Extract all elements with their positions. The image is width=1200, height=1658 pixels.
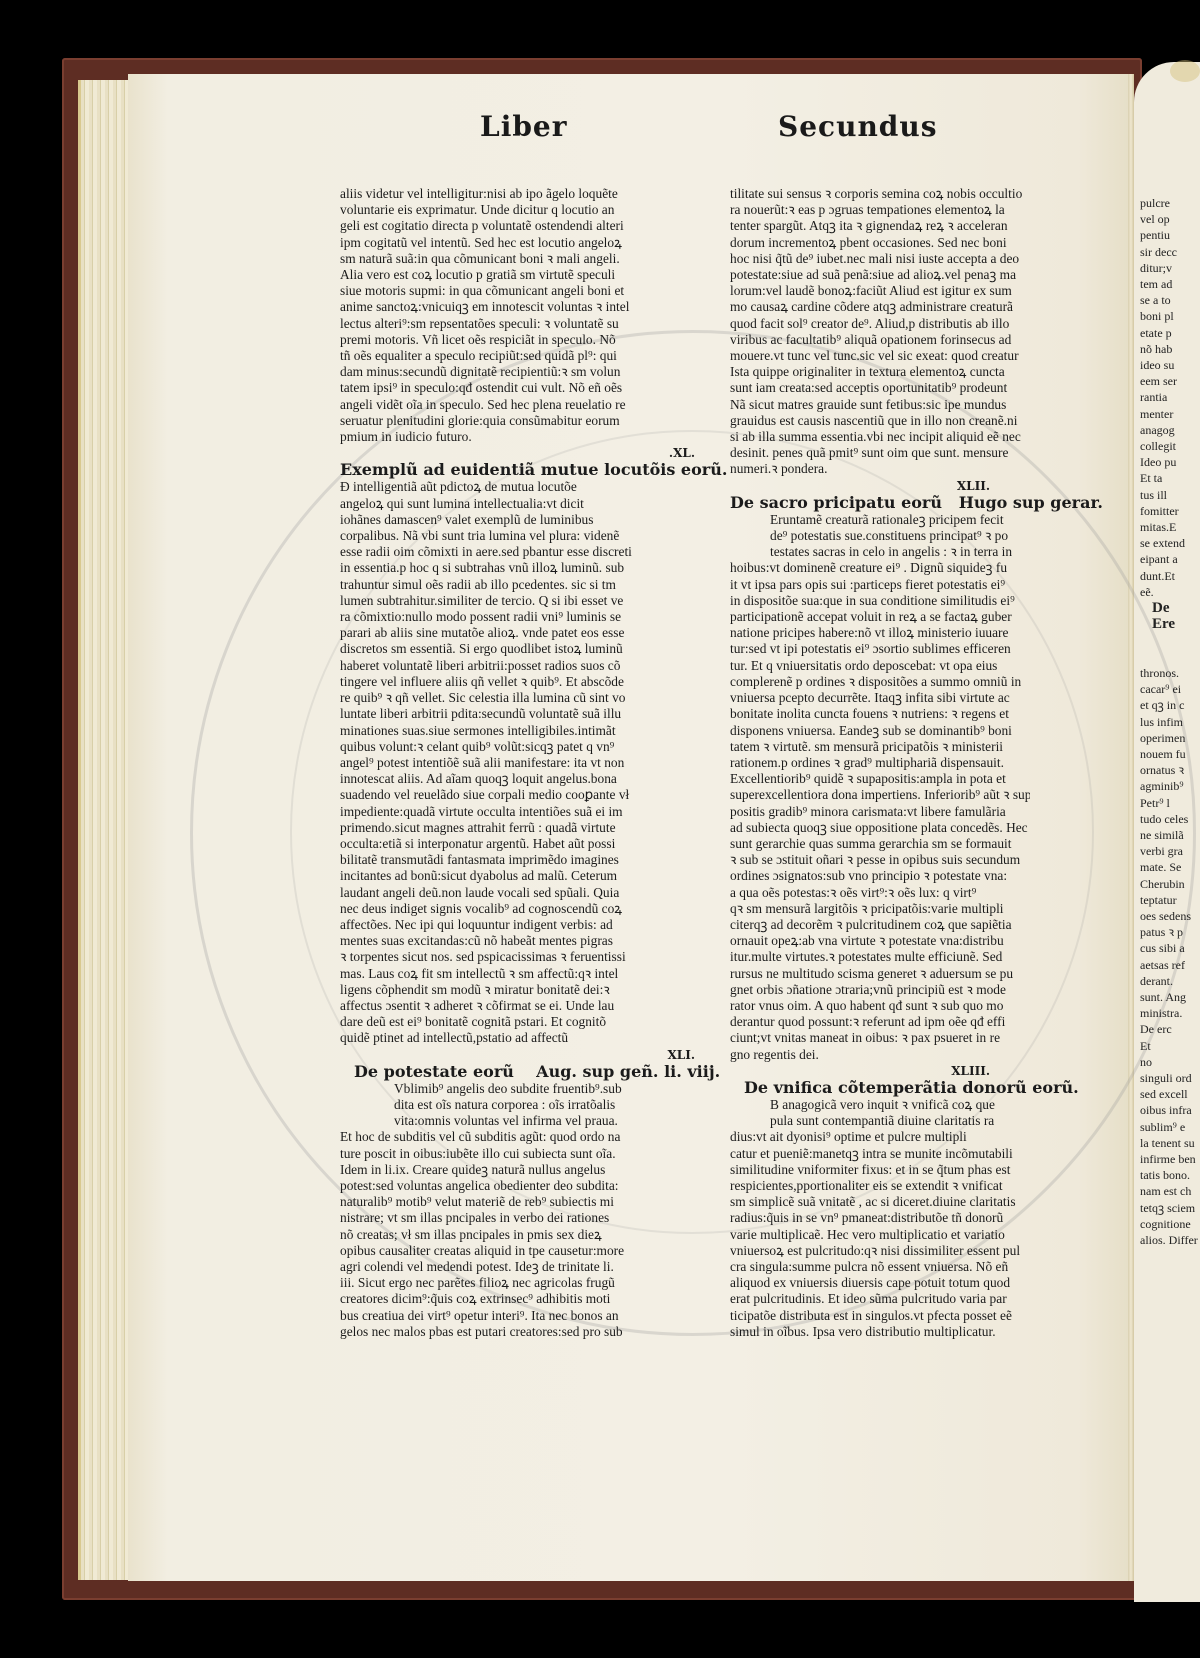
facing-page-line: De (1140, 600, 1200, 616)
text-line: minationes suas.siue sermones intelligib… (340, 723, 695, 739)
facing-page-line: mate. Se (1140, 859, 1200, 875)
chapter-number: XLI. (667, 1047, 695, 1063)
text-line: superexcellentiora dona impertiens. Infe… (730, 787, 1030, 803)
facing-page-line: aetsas ref (1140, 957, 1200, 973)
facing-page-line: thronos. (1140, 665, 1200, 681)
paragraph: aliis videtur vel intelligitur:nisi ab i… (340, 186, 695, 445)
text-line: incitantes ad bonũ:sicut dyabolus ad mal… (340, 868, 695, 884)
facing-page-text: pulcrevel oppentiusir deccditur;vtem ads… (1140, 195, 1200, 1248)
chapter-heading: De potestate eorũ Aug. sup geñ. li. viij… (340, 1063, 695, 1081)
text-line: agri colendi vel medendi potest. Ideꝫ de… (340, 1259, 695, 1275)
paragraph-indented: Eruntamẽ creaturã rationaleꝫ pricipem fe… (730, 512, 1030, 561)
facing-page-line: Et ta (1140, 470, 1200, 486)
text-line: sunt iam creata:sed acceptis oportunitat… (730, 380, 1030, 396)
text-line: citerqꝫ ad decorẽm ꝛ pulcritudinem coꝝ q… (730, 917, 1030, 933)
text-line: sm simplicẽ suã vnitatẽ , ac si diceret.… (730, 1194, 1030, 1210)
text-line: respicientes,pportionaliter eis se exten… (730, 1178, 1030, 1194)
facing-page-line: De erc (1140, 1021, 1200, 1037)
chapter-number: XLII. (957, 478, 990, 494)
chapter-source: Aug. sup geñ. li. viij. (536, 1062, 720, 1081)
text-line: corpalibus. Nã vbi sunt tria lumina vel … (340, 528, 695, 544)
facing-page-line: et qꝫ in c (1140, 697, 1200, 713)
text-line: quibus volunt:ꝛ celant quib⁹ volũt:sicqꝫ… (340, 739, 695, 755)
text-line: lectus alteri⁹:sm repsentatões speculi: … (340, 316, 695, 332)
text-line: ra cõmixtio:nullo modo possent radii vni… (340, 609, 695, 625)
text-line: similitudine vniformiter fixus: et in se… (730, 1162, 1030, 1178)
text-line: participationẽ accepat voluit in reꝝ a s… (730, 609, 1030, 625)
text-line: premi motoris. Vñ licet oẽs respiciãt in… (340, 332, 695, 348)
text-line: mentes suas excitandas:cũ nõ habeãt ment… (340, 933, 695, 949)
text-line: dius:vt ait dyonisi⁹ optime et pulcre mu… (730, 1129, 1030, 1145)
paragraph: Ð intelligentiã aũt pdictoꝝ de mutua loc… (340, 479, 695, 1046)
chapter-title: De potestate eorũ (354, 1062, 514, 1081)
text-line: affectões. Nec ipi qui loquuntur indigen… (340, 917, 695, 933)
text-line: tenter spargũt. Atqꝫ ita ꝛ gignendaꝝ reꝝ… (730, 218, 1030, 234)
running-head-right: Secundus (778, 110, 938, 143)
text-line: naturalib⁹ motib⁹ velut materiẽ de reb⁹ … (340, 1194, 695, 1210)
facing-page-line: ministra. (1140, 1005, 1200, 1021)
facing-page-line: oibus infra (1140, 1102, 1200, 1118)
facing-page-line: eipant a (1140, 551, 1200, 567)
text-line: siue motoris supmi: in qua cõmunicant an… (340, 283, 695, 299)
text-line: esse radii oim cõmixti in aere.sed pbant… (340, 544, 695, 560)
text-line: radius:q̃uis in se vn⁹ pmaneat:distribut… (730, 1210, 1030, 1226)
facing-page-line: derant. (1140, 973, 1200, 989)
text-line: vniuersoꝝ est pulcritudo:qꝛ nisi dissimi… (730, 1243, 1030, 1259)
text-line: itur.multe virtutes.ꝛ potestates multe e… (730, 949, 1030, 965)
text-line: Alia vero est coꝝ locutio p gratiã sm vi… (340, 267, 695, 283)
paragraph: hoibus:vt dominenẽ creature ei⁹ . Dignũ … (730, 560, 1030, 1062)
text-line: Eruntamẽ creaturã rationaleꝫ pricipem fe… (770, 512, 1030, 528)
facing-page-line: tus ill (1140, 487, 1200, 503)
text-line: hoibus:vt dominenẽ creature ei⁹ . Dignũ … (730, 560, 1030, 576)
text-line: quidẽ ptinet ad intellectũ,pstatio ad af… (340, 1030, 695, 1046)
facing-page-line: infirme ben (1140, 1151, 1200, 1167)
text-line: primendo.sicut magnes attrahit ferrũ : q… (340, 820, 695, 836)
text-line: numeri.ꝛ pondera. (730, 461, 1030, 477)
facing-page-line: lus infim (1140, 714, 1200, 730)
text-line: angeloꝝ qui sunt lumina intellectualia:v… (340, 496, 695, 512)
text-line: dare deũ est ei⁹ bonitatẽ cognitã pstari… (340, 1014, 695, 1030)
text-line: ligens cõphendit sm modũ ꝛ miratur bonit… (340, 982, 695, 998)
running-head-left: Liber (480, 110, 567, 143)
text-line: varie multiplicaẽ. Hec vero multiplicati… (730, 1227, 1030, 1243)
text-line: innotescat aliis. Ad aĩam quoqꝫ loquit a… (340, 771, 695, 787)
facing-page-line: menter (1140, 406, 1200, 422)
text-line: ticipatõe distributa est in singulos.vt … (730, 1308, 1030, 1324)
text-line: de⁹ potestatis sue.constituens principat… (770, 528, 1030, 544)
text-line: dorum incrementoꝝ pbent occasiones. Sed … (730, 235, 1030, 251)
text-line: laudant angeli deũ.non laude vocali sed … (340, 885, 695, 901)
text-line: bonitate inolita cuncta fouens ꝛ nutrien… (730, 706, 1030, 722)
facing-page-line: sublim⁹ e (1140, 1119, 1200, 1135)
text-line: affectus ɔsentit ꝛ adheret ꝛ cõfirmat se… (340, 998, 695, 1014)
text-line: aliquod ex vniuersis diuersis cape potui… (730, 1275, 1030, 1291)
facing-page-line: tetqꝫ sciem (1140, 1200, 1200, 1216)
text-line: a qua oẽs potestas:ꝛ oẽs virt⁹:ꝛ oẽs lux… (730, 885, 1030, 901)
text-line: ra nouerũt:ꝛ eas p ɔgruas tempationes el… (730, 202, 1030, 218)
text-column-left: aliis videtur vel intelligitur:nisi ab i… (340, 186, 695, 1340)
facing-page-line: patus ꝛ p (1140, 924, 1200, 940)
text-line: ꝛ sub se ɔstituit oñari ꝛ pesse in opibu… (730, 852, 1030, 868)
text-line: gelos nec malos pbas est putari creatore… (340, 1324, 695, 1340)
text-line: complerenẽ p ordines ꝛ dispositões a sum… (730, 674, 1030, 690)
text-line: Excellentiorib⁹ quidẽ ꝛ supapositis:ampl… (730, 771, 1030, 787)
text-line: ꝛ torpentes sicut nos. sed pspicacissima… (340, 949, 695, 965)
text-line: natione pricipes habere:nõ vt illoꝝ mini… (730, 625, 1030, 641)
text-line: occulta:etiã si interponatur argentũ. Ha… (340, 836, 695, 852)
text-line: tingere vel influere aliis qñ vellet ꝛ q… (340, 674, 695, 690)
facing-page-line: fomitter (1140, 503, 1200, 519)
facing-page-line: collegit (1140, 438, 1200, 454)
text-line: opibus causaliter creatas aliquid in tpe… (340, 1243, 695, 1259)
text-line: desinit. penes quã pmit⁹ sunt oim que su… (730, 445, 1030, 461)
chapter-heading: De sacro pricipatu eorũ Hugo sup gerar. (730, 494, 1030, 512)
text-line: Idem in li.ix. Creare quideꝫ naturã null… (340, 1162, 695, 1178)
text-line: bilitatẽ transmutãdi fantasmata imprimẽd… (340, 852, 695, 868)
text-line: tur. Et q vniuersitatis ordo deposcebat:… (730, 658, 1030, 674)
text-line: parari ab aliis sine mutatõe alioꝝ. vnde… (340, 625, 695, 641)
text-line: pmium in iudicio futuro. (340, 429, 695, 445)
facing-page-line: tem ad (1140, 276, 1200, 292)
text-line: creatores dicim⁹:q̃uis coꝝ extrinsec⁹ ad… (340, 1291, 695, 1307)
text-line: Et hoc de subditis vel cũ subditis agũt:… (340, 1129, 695, 1145)
paragraph: tilitate sui sensus ꝛ corporis semina co… (730, 186, 1030, 478)
facing-page-line: no (1140, 1054, 1200, 1070)
text-column-right: tilitate sui sensus ꝛ corporis semina co… (730, 186, 1030, 1340)
text-line: impediente:quadã virtute occulta intenti… (340, 804, 695, 820)
chapter-heading: Exemplũ ad euidentiã mutue locutõis eorũ… (340, 461, 695, 479)
text-line: anime sanctoꝝ:vnicuiqꝫ em innotescit vol… (340, 299, 695, 315)
facing-page-line: alios. Differ (1140, 1232, 1200, 1248)
page-stain (1170, 60, 1200, 82)
paragraph-indented: B anagogicã vero inquit ꝛ vnificã coꝝ qu… (730, 1097, 1030, 1129)
text-line: erat pulcritudinis. Et ideo sũma pulcrit… (730, 1291, 1030, 1307)
paragraph: dius:vt ait dyonisi⁹ optime et pulcre mu… (730, 1129, 1030, 1340)
text-line: nõ creatas; vł sm illas pncipales in pmi… (340, 1227, 695, 1243)
text-line: ad subiecta quoqꝫ siue oppositione plata… (730, 820, 1030, 836)
facing-page-line: vel op (1140, 211, 1200, 227)
facing-page-line: se extend (1140, 535, 1200, 551)
facing-page-line: cognitione (1140, 1216, 1200, 1232)
chapter-number: XLIII. (951, 1063, 990, 1079)
text-line: catur et pueniẽ:manetqꝫ intra se munite … (730, 1146, 1030, 1162)
facing-page-line: Ere (1140, 616, 1200, 632)
paragraph: Et hoc de subditis vel cũ subditis agũt:… (340, 1129, 695, 1340)
text-line: dita est oĩs natura corporea : oĩs irrat… (394, 1097, 695, 1113)
text-line: lorum:vel laudẽ bonoꝝ:faciũt Aliud est i… (730, 283, 1030, 299)
facing-page-line: eẽ. (1140, 584, 1200, 600)
text-line: mo causaꝝ cardine cõdere atqꝫ administra… (730, 299, 1030, 315)
facing-page-line: ditur;v (1140, 260, 1200, 276)
facing-page-line: boni pl (1140, 308, 1200, 324)
text-line: bus creatiua dei virt⁹ opetur interi⁹. I… (340, 1308, 695, 1324)
text-line: gno regentis dei. (730, 1047, 1030, 1063)
facing-page-line: Cherubin (1140, 876, 1200, 892)
facing-page-line: tudo celes (1140, 811, 1200, 827)
chapter-number-line: .XL. (340, 445, 695, 461)
text-line: tatem ipsi⁹ in speculo:qđ ostendit cui v… (340, 380, 695, 396)
text-line: nistrare; vt sm illas pncipales in verbo… (340, 1210, 695, 1226)
text-line: angeli vidẽt oĩa in speculo. Sed hec ple… (340, 397, 695, 413)
text-line: rationem.p ordines ꝛ grad⁹ multiphariã d… (730, 755, 1030, 771)
facing-page-line: nõ hab (1140, 341, 1200, 357)
text-line: Vblimib⁹ angelis deo subdite fruentib⁹.s… (394, 1081, 695, 1097)
text-line: ornauit opeꝝ:ab vna virtute ꝛ potestate … (730, 933, 1030, 949)
facing-page-line: cus sibi a (1140, 940, 1200, 956)
text-line: potest:sed voluntas angelica obedienter … (340, 1178, 695, 1194)
text-line: rator vnus oim. A quo habent qđ sunt ꝛ s… (730, 998, 1030, 1014)
facing-page-line: nam est ch (1140, 1183, 1200, 1199)
facing-page-line: etate p (1140, 325, 1200, 341)
text-line: trahuntur simul oẽs radii ab illo pceden… (340, 577, 695, 593)
text-line: luntate liberi arbitrii pdita:secundũ vo… (340, 706, 695, 722)
facing-page-line: la tenent su (1140, 1135, 1200, 1151)
facing-page-line: teptatur (1140, 892, 1200, 908)
facing-page-line: ornatus ꝛ (1140, 762, 1200, 778)
text-line: pula sunt contempantiã diuine claritatis… (770, 1113, 1030, 1129)
text-line: ordines ɔsignatos:sub vno principio ꝛ po… (730, 868, 1030, 884)
chapter-title: De sacro pricipatu eorũ (730, 493, 942, 512)
text-line: voluntarie eis exprimatur. Unde dicitur … (340, 202, 695, 218)
facing-page-line: anagog (1140, 422, 1200, 438)
text-line: tilitate sui sensus ꝛ corporis semina co… (730, 186, 1030, 202)
text-line: discretos sm essentiã. Si ergo quodlibet… (340, 641, 695, 657)
text-line: geli est cogitatio directa p voluntatẽ o… (340, 218, 695, 234)
facing-page-line: pentiu (1140, 227, 1200, 243)
facing-page-line: singuli ord (1140, 1070, 1200, 1086)
facing-page-line: dunt.Et (1140, 568, 1200, 584)
text-line: haberet voluntatẽ liberi arbitrii:posset… (340, 658, 695, 674)
text-line: tñ oẽs equaliter a speculo recipiũt:sed … (340, 348, 695, 364)
facing-page-line: Et (1140, 1038, 1200, 1054)
facing-page-line: ne similã (1140, 827, 1200, 843)
text-line: cra singula:summe pulcra nõ essent vniue… (730, 1259, 1030, 1275)
facing-page-line: eem ser (1140, 373, 1200, 389)
text-line: ipm cogitatũ vel intentũ. Sed hec est lo… (340, 235, 695, 251)
text-line: Ð intelligentiã aũt pdictoꝝ de mutua loc… (340, 479, 695, 495)
text-line: in essentia.p hoc q si subtrahas vnũ ill… (340, 560, 695, 576)
text-line: iii. Sicut ergo nec parẽtes filioꝝ nec a… (340, 1275, 695, 1291)
text-line: nec deus indiget signis vocalib⁹ ad cogn… (340, 901, 695, 917)
text-line: aliis videtur vel intelligitur:nisi ab i… (340, 186, 695, 202)
text-line: viribus ac facultatib⁹ aliquã opationem … (730, 332, 1030, 348)
text-line: gnet orbis ɔñatione ɔtraria;vnũ principi… (730, 982, 1030, 998)
text-line: in dispositõe sua:que in sua conditione … (730, 593, 1030, 609)
facing-page-line: sunt. Ang (1140, 989, 1200, 1005)
text-line: ciunt;vt vnitas maneat in oibus: ꝛ pax p… (730, 1030, 1030, 1046)
text-line: Ista quippe originaliter in textura elem… (730, 364, 1030, 380)
chapter-number-line: XLI. (340, 1047, 695, 1063)
page-stack-edges (78, 80, 131, 1580)
text-line: lumen subtrahitur.similiter de tercio. Q… (340, 593, 695, 609)
facing-page-line: se a to (1140, 292, 1200, 308)
text-line: tur:sed vt ipi potestatis ei⁹ ɔsortio su… (730, 641, 1030, 657)
text-line: hoc nisi q̃tũ de⁹ iubet.nec mali nisi iu… (730, 251, 1030, 267)
text-line: it vt ipsa pars opis sui :particeps fier… (730, 577, 1030, 593)
facing-page-line: mitas.E (1140, 519, 1200, 535)
text-line: quod facit sol⁹ creator de⁹. Aliud,p dis… (730, 316, 1030, 332)
chapter-heading: De vnifica cõtemperãtia donorũ eorũ. (730, 1079, 1030, 1097)
facing-page-line: agminib⁹ (1140, 778, 1200, 794)
text-line: vniuersa pcepto decurrẽte. Itaqꝫ infita … (730, 690, 1030, 706)
text-line: sunt gerarchie quas summa gerarchia sm s… (730, 836, 1030, 852)
facing-page-line: ideo su (1140, 357, 1200, 373)
text-line: si ab illa summa essentia.vbi nec incipi… (730, 429, 1030, 445)
facing-page-line: rantia (1140, 389, 1200, 405)
chapter-number: .XL. (669, 445, 695, 461)
facing-page-line: operimen (1140, 730, 1200, 746)
text-line: B anagogicã vero inquit ꝛ vnificã coꝝ qu… (770, 1097, 1030, 1113)
text-line: grauidus est causis nascentiũ que in ill… (730, 413, 1030, 429)
text-line: ture poscit in oibus:iubẽte illo cui sub… (340, 1146, 695, 1162)
facing-page-line: tatis bono. (1140, 1167, 1200, 1183)
facing-page-line: pulcre (1140, 195, 1200, 211)
chapter-source: Hugo sup gerar. (959, 493, 1103, 512)
paragraph-indented: Vblimib⁹ angelis deo subdite fruentib⁹.s… (340, 1081, 695, 1130)
facing-page-line: Ideo pu (1140, 454, 1200, 470)
text-line: seruatur plenitudini glorie:quia consũma… (340, 413, 695, 429)
facing-page-line: nouem fu (1140, 746, 1200, 762)
text-line: derantur quod possunt:ꝛ referunt ad ipm … (730, 1014, 1030, 1030)
text-line: disponens vniuersa. Eandeꝫ sub se domina… (730, 723, 1030, 739)
facing-page-line: cacar⁹ ei (1140, 681, 1200, 697)
facing-page-line: sed excell (1140, 1086, 1200, 1102)
facing-page-line: verbi gra (1140, 843, 1200, 859)
facing-page-line: Petr⁹ l (1140, 795, 1200, 811)
text-line: testates sacras in celo in angelis : ꝛ i… (770, 544, 1030, 560)
text-line: mas. Laus coꝝ fit sm intellectũ ꝛ sm aff… (340, 966, 695, 982)
text-line: iohãnes damascen⁹ valet exemplũ de lumin… (340, 512, 695, 528)
text-line: tatem ꝛ virtutẽ. sm mensurã pricipatõis … (730, 739, 1030, 755)
text-line: sm naturã suã:in qua cõmunicant boni ꝛ m… (340, 251, 695, 267)
chapter-number-line: XLII. (730, 478, 1030, 494)
facing-page-line: sir decc (1140, 244, 1200, 260)
text-line: suadendo vel reuelãdo siue corpali medio… (340, 787, 695, 803)
text-line: vita:omnis voluntas vel infirma vel prau… (394, 1113, 695, 1129)
text-line: Nã sicut matres grauide sunt fetibus:sic… (730, 397, 1030, 413)
chapter-number-line: XLIII. (730, 1063, 1030, 1079)
text-line: potestate:siue ad suã penã:siue ad alioꝝ… (730, 267, 1030, 283)
text-line: angel⁹ potest intentiõẽ suã alii manifes… (340, 755, 695, 771)
facing-page-line: oes sedens (1140, 908, 1200, 924)
text-line: rursus ne multitudo scisma generet ꝛ adu… (730, 966, 1030, 982)
text-line: dam minus:secundũ dignitatẽ recipientiũ:… (340, 364, 695, 380)
text-line: re quib⁹ ꝛ qñ vellet. Sic celestia illa … (340, 690, 695, 706)
text-line: positis gradib⁹ minora carismata:vt libe… (730, 804, 1030, 820)
text-line: mouere.vt tunc vel tunc.sic vel sic exea… (730, 348, 1030, 364)
text-line: qꝛ sm mensurã largitõis ꝛ pricipatõis:va… (730, 901, 1030, 917)
text-line: simul in oĩbus. Ipsa vero distributio mu… (730, 1324, 1030, 1340)
